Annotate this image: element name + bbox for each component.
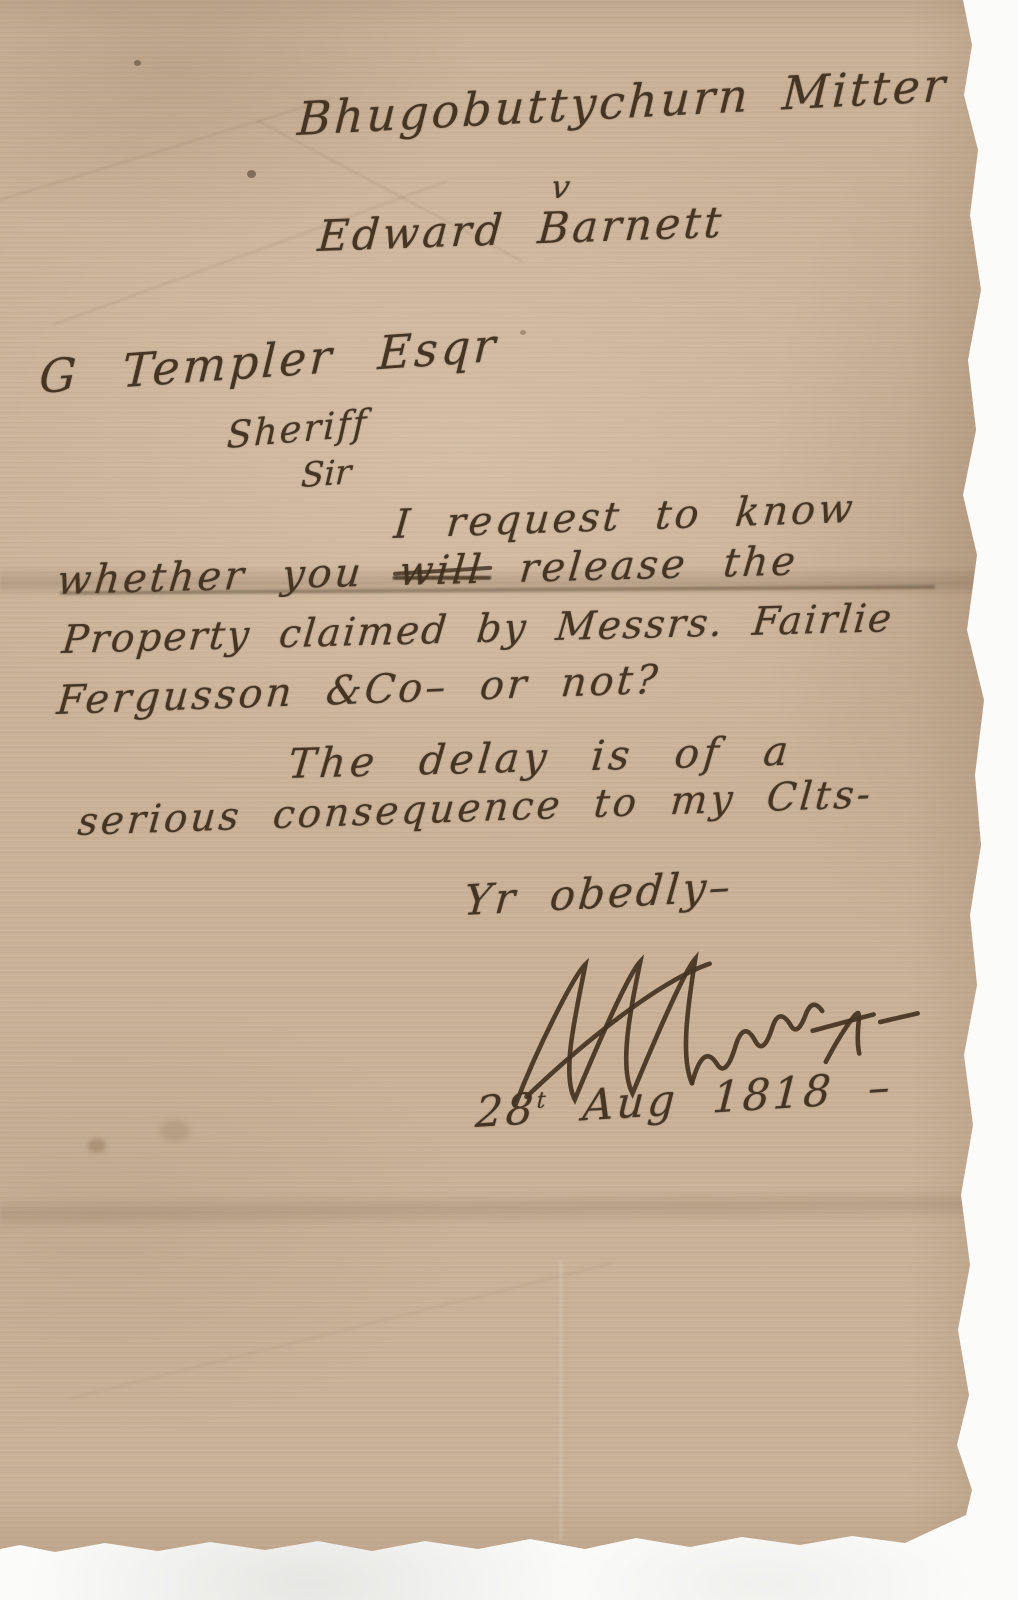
crease-mark [560, 1260, 562, 1540]
closing-line: Yr obedly– [462, 862, 735, 925]
body-line-2-post: release the [482, 538, 801, 592]
stain [88, 1138, 106, 1153]
ink-speck [134, 60, 141, 66]
letter-paper: Bhugobuttychurn Mitter v Edward Barnett … [0, 0, 1018, 1600]
body-line-4: Fergusson &Co– or not? [55, 657, 662, 724]
pinhole-mark [247, 170, 256, 178]
stain [160, 1120, 190, 1142]
ink-speck [520, 330, 526, 335]
salutation: Sir [300, 452, 352, 496]
versus-mark: v [549, 168, 572, 206]
crease-mark [0, 97, 332, 204]
scanned-letter-photo: Bhugobuttychurn Mitter v Edward Barnett … [0, 0, 1018, 1600]
addressee-office: Sheriff [226, 401, 369, 457]
case-party-plaintiff: Bhugobuttychurn Mitter [296, 58, 949, 146]
horizontal-fold-crease [0, 1187, 1018, 1232]
date-day: 28 [474, 1084, 538, 1138]
addressee-line: G Templer Esqr [38, 318, 500, 404]
struck-out-word: will [397, 547, 486, 595]
body-line-3: Property claimed by Messrs. Fairlie [60, 596, 895, 663]
body-line-2-pre: whether you [55, 549, 401, 604]
crease-mark [68, 1262, 612, 1399]
